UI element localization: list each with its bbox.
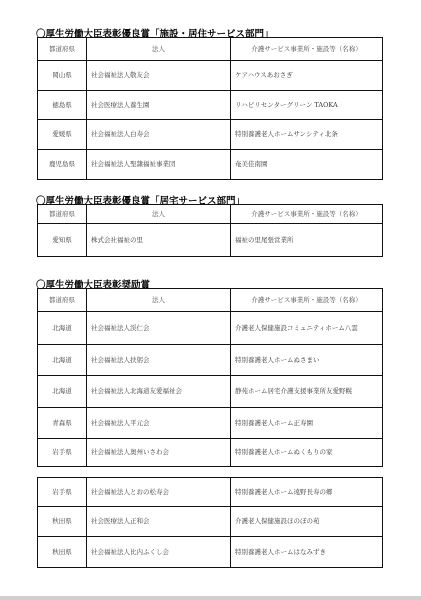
cell-prefecture: 徳島県 xyxy=(38,91,87,120)
column-header-corporation: 法人 xyxy=(87,38,231,61)
cell-corporation: 株式会社福祉の里 xyxy=(87,224,231,257)
cell-prefecture: 北海道 xyxy=(38,345,87,376)
cell-corporation: 社会医療法人正和会 xyxy=(87,507,231,537)
cell-corporation: 社会福祉法人白寿会 xyxy=(87,120,231,150)
column-header-corporation: 法人 xyxy=(87,289,231,312)
table-row: 北海道 社会福祉法人北海道友愛福祉会 静苑ホーム居宅介護支援事業所友愛野幌 xyxy=(38,376,383,408)
cell-facility: 介護老人保健施設ほのぼの苑 xyxy=(231,507,383,537)
cell-facility: 特別養護老人ホーム遠野長寿の郷 xyxy=(231,478,383,507)
table-row: 岩手県 社会福祉法人とおの松寿会 特別養護老人ホーム遠野長寿の郷 xyxy=(38,478,383,507)
column-header-prefecture: 都道府県 xyxy=(38,38,87,61)
cell-facility: 特別養護老人ホームサンシティ北条 xyxy=(231,120,383,150)
column-header-facility: 介護サービス事業所・施設等（名称） xyxy=(231,289,383,312)
table-header-row: 都道府県 法人 介護サービス事業所・施設等（名称） xyxy=(38,205,383,224)
cell-corporation: 社会福祉法人渓仁会 xyxy=(87,312,231,345)
table-row: 青森県 社会福祉法人平元会 特別養護老人ホーム正寿園 xyxy=(38,408,383,439)
award-table-encouragement-continued: 岩手県 社会福祉法人とおの松寿会 特別養護老人ホーム遠野長寿の郷 秋田県 社会医… xyxy=(37,477,383,568)
table-row: 岡山県 社会福祉法人敬友会 ケアハウスあおさぎ xyxy=(38,61,383,91)
table-row: 北海道 社会福祉法人扶躬会 特別養護老人ホームぬさまい xyxy=(38,345,383,376)
cell-prefecture: 岡山県 xyxy=(38,61,87,91)
cell-facility: 特別養護老人ホームぬさまい xyxy=(231,345,383,376)
cell-facility: 特別養護老人ホームはなみずき xyxy=(231,537,383,568)
cell-facility: 介護老人保健施設コミュニティホーム八雲 xyxy=(231,312,383,345)
table-row: 鹿児島県 社会福祉法人聖隷福祉事業団 奄美佳南園 xyxy=(38,150,383,180)
cell-prefecture: 愛媛県 xyxy=(38,120,87,150)
award-table-home-service: 都道府県 法人 介護サービス事業所・施設等（名称） 愛知県 株式会社福祉の里 福… xyxy=(37,204,383,257)
table-row: 徳島県 社会医療法人養生園 リハビリセンターグリーン TAOKA xyxy=(38,91,383,120)
cell-corporation: 社会医療法人養生園 xyxy=(87,91,231,120)
table-row: 愛媛県 社会福祉法人白寿会 特別養護老人ホームサンシティ北条 xyxy=(38,120,383,150)
cell-facility: 静苑ホーム居宅介護支援事業所友愛野幌 xyxy=(231,376,383,408)
table-row: 北海道 社会福祉法人渓仁会 介護老人保健施設コミュニティホーム八雲 xyxy=(38,312,383,345)
cell-corporation: 社会福祉法人とおの松寿会 xyxy=(87,478,231,507)
cell-facility: 特別養護老人ホーム正寿園 xyxy=(231,408,383,439)
column-header-prefecture: 都道府県 xyxy=(38,205,87,224)
table-row: 岩手県 社会福祉法人奥州いさわ会 特別養護老人ホームぬくもりの家 xyxy=(38,439,383,467)
column-header-prefecture: 都道府県 xyxy=(38,289,87,312)
cell-prefecture: 秋田県 xyxy=(38,507,87,537)
cell-prefecture: 北海道 xyxy=(38,312,87,345)
cell-corporation: 社会福祉法人北海道友愛福祉会 xyxy=(87,376,231,408)
cell-facility: リハビリセンターグリーン TAOKA xyxy=(231,91,383,120)
cell-prefecture: 鹿児島県 xyxy=(38,150,87,180)
cell-facility: 奄美佳南園 xyxy=(231,150,383,180)
cell-facility: 特別養護老人ホームぬくもりの家 xyxy=(231,439,383,467)
award-table-facility: 都道府県 法人 介護サービス事業所・施設等（名称） 岡山県 社会福祉法人敬友会 … xyxy=(37,37,383,180)
table-row: 愛知県 株式会社福祉の里 福祉の里尾張営業所 xyxy=(38,224,383,257)
page-bottom-edge xyxy=(0,596,421,600)
cell-corporation: 社会福祉法人平元会 xyxy=(87,408,231,439)
cell-corporation: 社会福祉法人奥州いさわ会 xyxy=(87,439,231,467)
cell-corporation: 社会福祉法人敬友会 xyxy=(87,61,231,91)
cell-corporation: 社会福祉法人聖隷福祉事業団 xyxy=(87,150,231,180)
cell-facility: ケアハウスあおさぎ xyxy=(231,61,383,91)
table-header-row: 都道府県 法人 介護サービス事業所・施設等（名称） xyxy=(38,38,383,61)
cell-prefecture: 青森県 xyxy=(38,408,87,439)
cell-corporation: 社会福祉法人比内ふくし会 xyxy=(87,537,231,568)
cell-prefecture: 秋田県 xyxy=(38,537,87,568)
cell-prefecture: 岩手県 xyxy=(38,478,87,507)
column-header-facility: 介護サービス事業所・施設等（名称） xyxy=(231,205,383,224)
column-header-corporation: 法人 xyxy=(87,205,231,224)
cell-prefecture: 北海道 xyxy=(38,376,87,408)
cell-prefecture: 愛知県 xyxy=(38,224,87,257)
cell-prefecture: 岩手県 xyxy=(38,439,87,467)
table-row: 秋田県 社会福祉法人比内ふくし会 特別養護老人ホームはなみずき xyxy=(38,537,383,568)
table-row: 秋田県 社会医療法人正和会 介護老人保健施設ほのぼの苑 xyxy=(38,507,383,537)
table-header-row: 都道府県 法人 介護サービス事業所・施設等（名称） xyxy=(38,289,383,312)
cell-facility: 福祉の里尾張営業所 xyxy=(231,224,383,257)
award-table-encouragement: 都道府県 法人 介護サービス事業所・施設等（名称） 北海道 社会福祉法人渓仁会 … xyxy=(37,288,383,467)
column-header-facility: 介護サービス事業所・施設等（名称） xyxy=(231,38,383,61)
cell-corporation: 社会福祉法人扶躬会 xyxy=(87,345,231,376)
